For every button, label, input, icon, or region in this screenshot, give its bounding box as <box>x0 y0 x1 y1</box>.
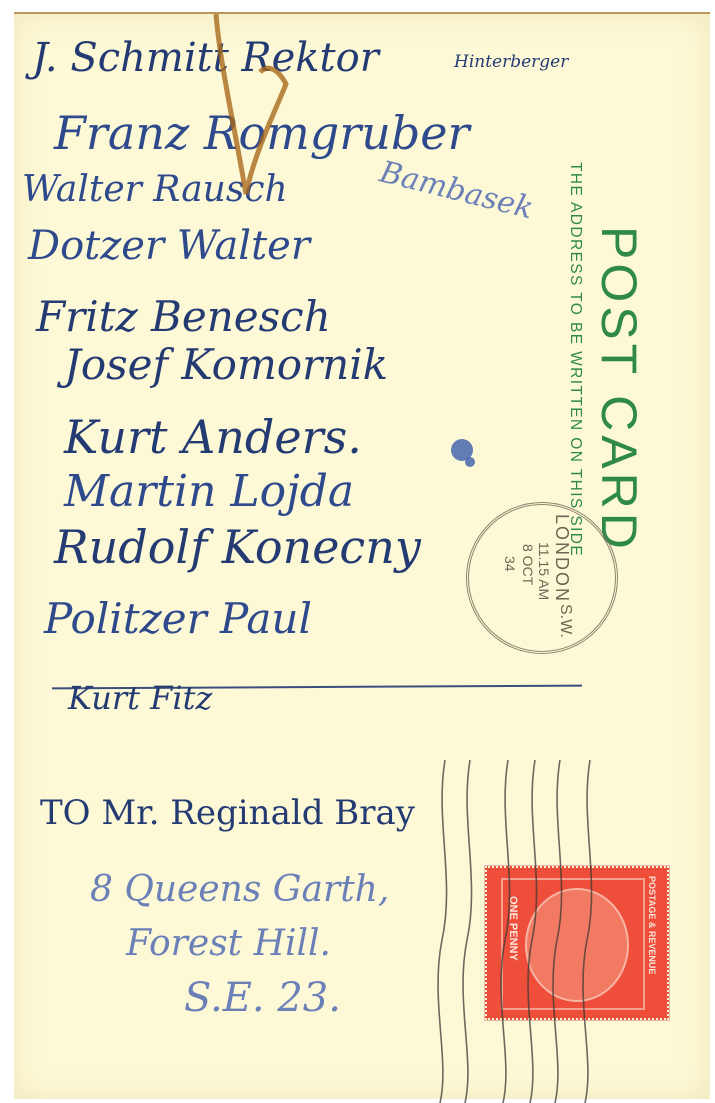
signature-politzer: Politzer Paul <box>44 598 312 640</box>
postmark-time: 11.15 AM <box>536 542 552 600</box>
signature-dotzer: Dotzer Walter <box>28 226 310 266</box>
wavy-cancellation <box>430 760 620 1103</box>
postmark-city: LONDON <box>551 514 572 603</box>
postmark-district: S.W. <box>556 604 574 638</box>
signature-hinterberger: Hinterberger <box>454 54 568 71</box>
address-line-1: TO Mr. Reginald Bray <box>40 796 415 830</box>
signature-komornik: Josef Komornik <box>64 344 388 386</box>
address-line-2: 8 Queens Garth, <box>90 872 389 908</box>
signature-konecny: Rudolf Konecny <box>54 524 421 570</box>
post-card-title: POST CARD <box>590 226 648 553</box>
address-instruction: THE ADDRESS TO BE WRITTEN ON THIS SIDE <box>566 162 584 557</box>
stamp-right-label: POSTAGE & REVENUE <box>647 876 657 974</box>
signature-benesch: Fritz Benesch <box>36 296 331 338</box>
postmark-date: 8 OCT <box>520 544 536 585</box>
postmark-year: 34 <box>502 556 518 572</box>
signature-fitz: Kurt Fitz <box>68 682 212 714</box>
coffee-stain <box>194 14 304 214</box>
signature-lojda: Martin Lojda <box>64 470 354 514</box>
ink-blot <box>444 434 484 474</box>
signature-anders: Kurt Anders. <box>64 414 362 460</box>
address-line-4: S.E. 23. <box>184 978 341 1018</box>
signature-bambasek: Bambasek <box>377 157 536 224</box>
address-line-3: Forest Hill. <box>126 926 331 962</box>
